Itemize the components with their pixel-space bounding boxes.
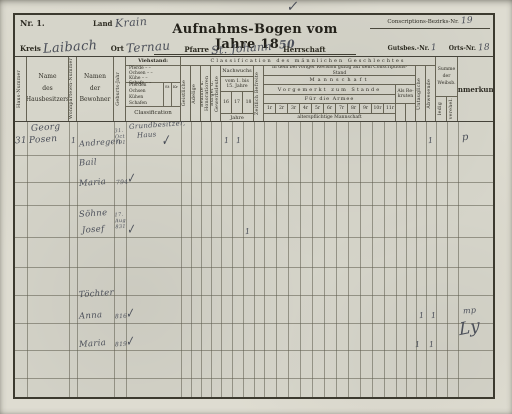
rot-col-label: Zeitlich Befreite <box>256 72 261 115</box>
viehstand-subcol-a: St <box>165 84 169 89</box>
armee-age-cell: 1r <box>264 104 276 113</box>
kreis-label: Kreis <box>20 44 41 53</box>
ort-label: Ort <box>111 44 124 53</box>
pfarre-value-handwritten: St. Johann <box>211 41 272 56</box>
hw-daughter-2: Maria <box>79 339 107 349</box>
table-body: 31 Georg Posen 1 Andregen 31. Oct 791 Gr… <box>15 122 493 397</box>
rot-col-label: Beamte u. Honoratioren <box>201 66 210 121</box>
viehstand-sub-table: St Kr PferdenOchsenKühenSchafen <box>126 83 180 107</box>
rotated-col-beamte: Beamte u. Honoratioren <box>201 66 211 121</box>
weiber-title-2: der <box>443 74 451 79</box>
hw-mark-daughter-2-a: 1 <box>415 341 421 349</box>
viehstand-sub-row: Kühen <box>129 95 163 100</box>
hw-viehstand-note-2: Haus <box>137 131 157 139</box>
armee-age-cell: 6r <box>324 104 336 113</box>
hw-mark-son-1: 1 <box>245 228 251 236</box>
conscription-district-field: Conscriptions-Bezirks-Nr. 19 <box>370 17 490 29</box>
viehstand-subcol-b: Kr <box>173 84 178 89</box>
rotated-col-geistliche: Geistliche <box>181 66 191 121</box>
bewohner-label-3: Bewohner <box>80 97 111 104</box>
hw-mark-row1-c: 1 <box>428 137 434 145</box>
owner-label-2: des <box>42 86 52 93</box>
hw-checkmark-inhabitant-3: ✓ <box>126 173 137 188</box>
rekruten-subcell <box>396 104 406 121</box>
armee-band: Für die Armee <box>264 95 396 104</box>
rotated-col-adelige: Adelige <box>191 66 201 121</box>
col-header-bewohner: Namen der Bewohner <box>77 57 114 121</box>
col-header-wohnparteien: Wohnparteien-Nummer <box>69 57 77 121</box>
col-header-haus-nummer: Haus-Nummer <box>15 57 27 121</box>
rekruten-subcols <box>396 104 416 121</box>
viehstand-sub-line <box>163 83 164 106</box>
col-haus-label: Haus-Nummer <box>18 70 23 108</box>
vorgemerkt-label: Vorgemerkt zum Stande <box>278 87 381 93</box>
hw-inhabitant-2: Bail <box>79 158 98 168</box>
table-header: Haus-Nummer Name des Hausbesitzers Wohnp… <box>15 57 493 122</box>
mannschaft-band: Mannschaft <box>264 76 416 85</box>
classification-title: Classification des männlichen Geschlecht… <box>181 57 436 66</box>
viehstand-title: Viehstand: <box>126 57 180 65</box>
rotated-col-befreite: Zeitlich Befreite <box>254 66 264 121</box>
rotated-col-buerger: Bürger u. Gewerbsleute <box>211 66 221 121</box>
hw-anmerkung-row1: p <box>462 133 469 143</box>
vorgemerkt-band: Vorgemerkt zum Stande <box>264 85 396 95</box>
rot-col-label: Abwesende <box>428 79 433 109</box>
nachwuchs-unit-label: Jahre <box>230 115 244 121</box>
hw-mark-row1-b: 1 <box>236 137 242 145</box>
hw-daughters-label: Töchter <box>79 289 114 300</box>
kreis-ort-fields: Kreis Laibach Ort Ternau <box>20 41 170 54</box>
col-header-hausbesitzer: Name des Hausbesitzers <box>27 57 69 121</box>
pfarre-label: Pfarre <box>184 45 209 54</box>
hw-inhabitant-3: Maria <box>79 178 107 188</box>
hw-mark-daughter-1-a: 1 <box>419 312 425 320</box>
hw-son-1: Josef <box>82 225 105 235</box>
hw-checkmark-daughter-1: ✓ <box>125 308 136 323</box>
revision-line: In dem bei voriger Revision gültig auf d… <box>264 66 416 76</box>
nachwuchs-sub-header: vom 1. bis 15. Jahre <box>221 77 254 92</box>
col-partei-label: Wohnparteien-Nummer <box>70 58 75 119</box>
nachwuchs-age-cell: 16 <box>221 92 232 113</box>
rotated-col-untaugliche: Untaugliche <box>416 66 426 121</box>
conscription-district-label: Conscriptions-Bezirks-Nr. <box>387 19 459 25</box>
armee-age-columns: 1r2r3r4r5r6r7r8r9r10r11r <box>264 104 396 114</box>
armee-age-cell: 10r <box>372 104 384 113</box>
weiber-title-3: Weibsb. <box>437 81 455 86</box>
armee-age-cell: 9r <box>360 104 372 113</box>
anmerkung-header: Anmerkung <box>458 57 493 121</box>
anmerkung-label: Anmerkung <box>458 85 493 94</box>
bewohner-label-2: der <box>90 86 100 93</box>
gutsnr-label: Gutsbes.-Nr. <box>388 45 430 52</box>
gutsnr-value-handwritten: 1 <box>431 44 438 53</box>
land-label: Land <box>93 19 112 28</box>
viehstand-sub-row: Pferden <box>129 83 163 88</box>
land-value-handwritten: Krain <box>114 16 147 29</box>
rot-col-label: Adelige <box>193 84 198 104</box>
nachwuchs-age-cell: 18 <box>243 92 254 113</box>
viehstand-sub-row: Ochsen <box>129 89 163 94</box>
classification-bottom-band: alterspflichtige Mannschaft <box>264 114 396 121</box>
hw-haus-nummer: 31 <box>15 137 28 147</box>
weiber-box: Summe der Weibsb. <box>436 57 458 97</box>
hw-anmerkung-daughter-1: mp <box>463 307 477 316</box>
rot-col-label: Geistliche <box>183 80 188 106</box>
herrschaft-label: Herrschaft <box>283 45 326 54</box>
nachwuchs-sub-label: vom 1. bis 15. Jahre <box>222 79 252 89</box>
scanned-census-document: ✓ Nr. 1. Land Krain Conscriptions-Bezirk… <box>0 0 512 414</box>
hw-checkmark-row1: ✓ <box>160 132 172 148</box>
hw-daughter-1: Anna <box>79 311 103 321</box>
armee-age-cell: 2r <box>276 104 288 113</box>
weiber-subcols: ledig verehel. <box>436 97 458 121</box>
nachwuchs-header: Nachwuchs <box>221 66 254 77</box>
viehstand-sub-row: Schafen <box>129 101 163 106</box>
form-number: Nr. 1. <box>20 18 45 28</box>
aufnahms-bogen-sheet: Nr. 1. Land Krain Conscriptions-Bezirks-… <box>13 13 495 399</box>
hw-son-1-date: 17. Aug 831 <box>114 212 126 231</box>
armee-age-cell: 11r <box>384 104 396 113</box>
rot-col-label: Bürger u. Gewerbsleute <box>211 66 220 121</box>
pfarre-field: Pfarre St. Johann Herrschaft <box>154 43 356 54</box>
kreis-value-handwritten: Laibach <box>43 39 98 56</box>
bewohner-label-1: Namen <box>84 74 106 81</box>
ort-value-handwritten: Ternau <box>126 39 171 54</box>
col-geburt-label: Geburts-Jahr <box>117 72 122 106</box>
rot-col-label: Untaugliche <box>418 78 423 110</box>
col-header-geburtsjahr: Geburts-Jahr <box>114 57 126 121</box>
hw-checkmark-daughter-2: ✓ <box>125 336 136 351</box>
armee-age-cell: 5r <box>312 104 324 113</box>
classification-title-text: Classification des männlichen Geschlecht… <box>211 58 406 64</box>
nachwuchs-age-columns: 161718 <box>221 92 254 114</box>
land-field: Land Krain <box>93 17 147 28</box>
viehstand-rows: Pferde – –Ochsen – –Kühe – –Schafe – – <box>126 65 180 83</box>
weiber-title-1: Summe <box>438 67 456 72</box>
hw-checkmark-son-1: ✓ <box>126 224 137 239</box>
hw-partei-nummer: 1 <box>71 137 77 145</box>
nachwuchs-label: Nachwuchs <box>222 68 251 74</box>
rekruten-label-2: kruten <box>398 94 413 99</box>
weiber-sub-verehel: verehel. <box>450 98 455 119</box>
armee-age-cell: 4r <box>300 104 312 113</box>
rotated-col-abwesende: Abwesende <box>426 66 436 121</box>
armee-age-cell: 8r <box>348 104 360 113</box>
hw-inhabitant-1-date: 31. Oct 791 <box>114 128 126 147</box>
rekruten-box: Als Re- kruten <box>396 85 416 104</box>
nachwuchs-unit: Jahre <box>221 114 254 121</box>
owner-label-3: Hausbesitzers <box>27 97 69 104</box>
armee-label: Für die Armee <box>305 96 355 102</box>
armee-age-cell: 3r <box>288 104 300 113</box>
mannschaft-label: Mannschaft <box>310 77 370 83</box>
handwritten-top-checkmark: ✓ <box>286 0 299 14</box>
number-fields: Gutsbes.-Nr. 1 Orts-Nr. 18 <box>388 44 490 53</box>
ortsnr-value-handwritten: 18 <box>478 44 491 54</box>
hw-sons-label: Söhne <box>79 209 108 219</box>
viehstand-box: Viehstand: Pferde – –Ochsen – –Kühe – –S… <box>126 57 181 121</box>
hw-mark-daughter-2-b: 1 <box>429 341 435 349</box>
conscription-district-value-handwritten: 19 <box>460 17 473 27</box>
armee-age-cell: 7r <box>336 104 348 113</box>
ortsnr-label: Orts-Nr. <box>449 45 476 52</box>
weiber-sub-ledig: ledig <box>439 102 444 115</box>
classification-bottom-label: alterspflichtige Mannschaft <box>297 115 361 120</box>
viehstand-classification-label: Classification <box>126 107 180 119</box>
owner-label-1: Name <box>38 74 56 81</box>
nachwuchs-age-cell: 17 <box>232 92 243 113</box>
rekruten-subcell <box>406 104 416 121</box>
form-header: Nr. 1. Land Krain Conscriptions-Bezirks-… <box>15 15 493 57</box>
hw-mark-daughter-1-b: 1 <box>431 312 437 320</box>
hw-anmerkung-daughter-2-flourish: Ly <box>459 318 480 340</box>
viehstand-sub-line <box>171 83 172 106</box>
hw-mark-row1-a: 1 <box>224 137 230 145</box>
revision-line-text: In dem bei voriger Revision gültig auf d… <box>266 66 413 76</box>
